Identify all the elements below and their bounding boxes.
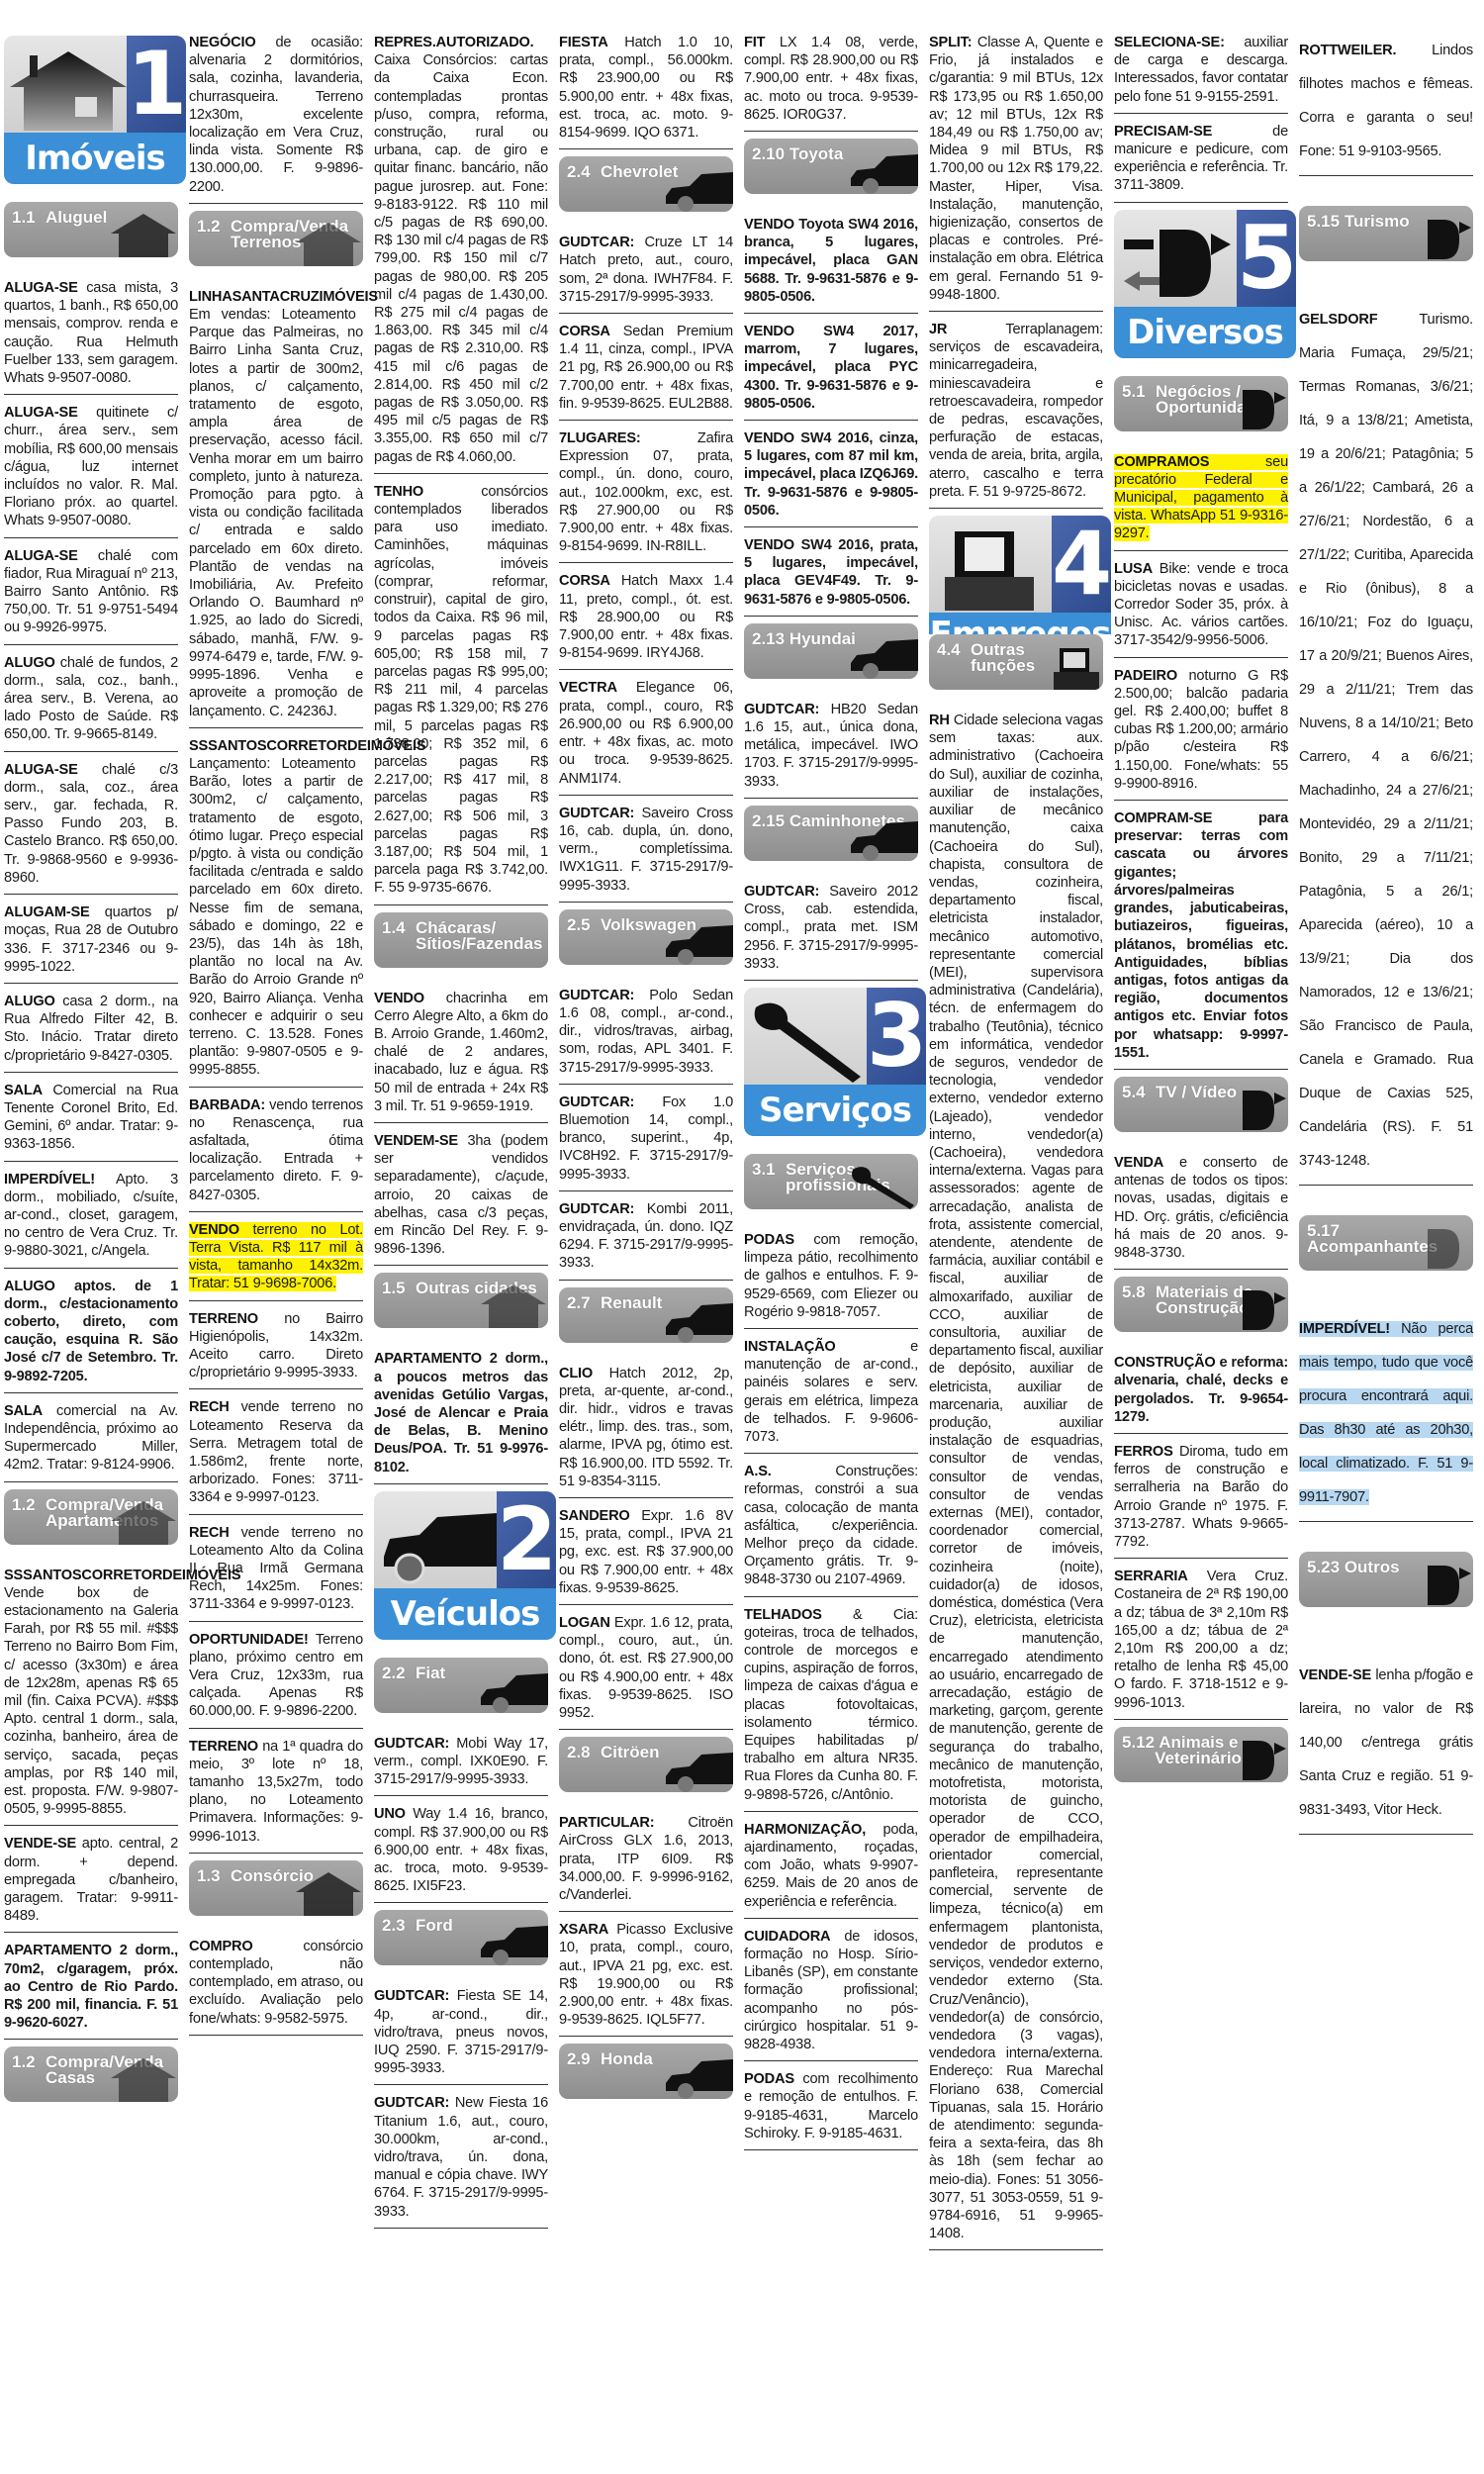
column-6: SPLIT: Classe A, Quente e Frio, já insta… [929,32,1103,2257]
classified-ad: ALUGO casa 2 dorm., na Rua Alfredo Filte… [4,991,178,1073]
classified-ad: COMPRO consórcio contemplado, não contem… [189,1936,363,2036]
kiosk-icon [1034,644,1103,690]
ad-keyword: ROTTWEILER. [1299,43,1396,58]
ad-text: Elegance 06, prata, compl., couro, R$ 26… [559,680,733,786]
classified-ad: NEGÓCIO de ocasião: alvenaria 2 dormitór… [189,32,363,204]
ad-keyword: GUDTCAR: [559,1201,634,1217]
category-imoveis: 1 Imóveis [4,36,186,184]
car-icon [479,1920,548,1965]
ad-keyword: VENDO [189,1222,239,1238]
car-icon [849,148,918,194]
classified-ad: APARTAMENTO 2 dorm., a poucos metros das… [374,1348,548,1483]
ad-keyword: SALA [4,1403,43,1419]
classified-ad: HARMONIZAÇÃO, poda, ajardinamento, roçad… [744,1819,918,1919]
ad-keyword: ALUGO [4,655,55,671]
section-number: 1.3 [197,1868,231,1884]
ad-keyword: APARTAMENTO [374,1351,482,1367]
ad-text: vende terreno no Loteamento Reserva da S… [189,1399,363,1505]
column-4: FIESTA Hatch 1.0 10, prata, compl., 56.0… [559,32,733,2119]
classified-ad: PODAS com remoção, limpeza pátio, recolh… [744,1229,918,1329]
section-number: 2.7 [567,1295,601,1311]
section-number: 2.13 [752,631,785,647]
ad-keyword: SELECIONA-SE: [1114,35,1225,50]
car-icon [849,633,918,679]
classified-ad: GUDTCAR: Polo Sedan 1.6 08, compl., ar-c… [559,985,733,1085]
arrows-d-icon [1219,1286,1288,1332]
ad-keyword: VENDE-SE [4,1836,76,1852]
classified-ad: VENDO Toyota SW4 2016, branca, 5 lugares… [744,214,918,314]
ad-keyword: SANDERO [559,1508,630,1524]
category-number: 5 [1237,210,1296,307]
classified-ad: COMPRAM-SE para preservar: terras com ca… [1114,808,1288,1070]
ad-text: Diroma, tudo em ferros de construção e s… [1114,1444,1288,1550]
ad-keyword: VENDEM-SE [374,1133,458,1149]
ad-text: 3ha (podem ser vendidos separadamente), … [374,1133,548,1257]
classified-ad: GUDTCAR: HB20 Sedan 1.6 15, aut., única … [744,699,918,799]
classified-ad: VENDO terreno no Lot. Terra Vista. R$ 11… [189,1219,363,1301]
ad-keyword: OPORTUNIDADE! [189,1632,309,1648]
ad-keyword: CORSA [559,324,610,339]
column-2: NEGÓCIO de ocasião: alvenaria 2 dormitór… [189,32,363,2043]
ad-keyword: GUDTCAR: [559,806,634,821]
ad-text: Turismo. Maria Fumaça, 29/5/21; Termas R… [1299,312,1473,1169]
classified-ad: FIT LX 1.4 08, verde, compl. R$ 28.900,0… [744,32,918,132]
section-header-turismo: 5.15 Turismo [1299,206,1473,261]
ad-keyword: VENDO [374,991,424,1006]
classified-ad: APARTAMENTO 2 dorm., 70m2, c/garagem, pr… [4,1940,178,2040]
ad-text: Hatch 1.0 10, prata, compl., 56.000km. R… [559,35,733,141]
ad-keyword: VENDO [744,537,794,553]
classified-ad: INSTALAÇÃO e manutenção de ar-cond., pai… [744,1336,918,1454]
ad-keyword: FIESTA [559,35,608,50]
ad-keyword: SPLIT: [929,35,972,50]
section-header-terrenos: 1.2Compra/VendaTerrenos [189,211,363,266]
classified-ad: IMPERDÍVEL! Apto. 3 dorm., mobiliado, c/… [4,1169,178,1269]
ad-keyword: TENHO [374,484,423,500]
ad-keyword: VENDA [1114,1155,1163,1171]
classified-ad: TERRENO no Bairro Higienópolis, 14x32m. … [189,1308,363,1390]
wrench-icon [849,1164,918,1209]
ad-text: 2 dorm., a poucos metros das avenidas Ge… [374,1351,548,1475]
arrows-d-icon [1120,220,1237,305]
classified-ad: VENDA e conserto de antenas de todos os … [1114,1152,1288,1270]
classified-ad: PADEIRO noturno G R$ 2.500,00; balcão pa… [1114,665,1288,801]
section-header-aluguel: 1.1Aluguel [4,202,178,257]
house-icon [294,221,363,266]
ad-text: Vera Cruz. Costaneira de 2ª R$ 190,00 a … [1114,1569,1288,1710]
car-icon [664,919,733,965]
classified-ad: CORSA Hatch Maxx 1.4 11, preto, compl., … [559,570,733,670]
section-header-casas: 1.2Compra/VendaCasas [4,2046,178,2102]
section-header-caminhonetes: 2.15 Caminhonetes [744,806,918,861]
classified-ad: RECH vende terreno no Loteamento Reserva… [189,1396,363,1514]
category-title: Empregos [929,613,1111,634]
ad-text: noturno G R$ 2.500,00; balcão padaria ge… [1114,668,1288,792]
ad-keyword: IMPERDÍVEL! [1299,1321,1390,1337]
classified-ad: RECH vende terreno no Loteamento Alto da… [189,1522,363,1622]
section-name: Honda [601,2051,653,2067]
ad-keyword: COMPRAM-SE [1114,810,1212,826]
kiosk-icon [935,525,1052,611]
classified-ad: TERRENO na 1ª quadra do meio, 3º lote nº… [189,1736,363,1854]
section-header-animais: 5.12 Animais e Veterinários [1114,1727,1288,1782]
car-icon [664,1297,733,1343]
column-3: REPRES.AUTORIZADO. Caixa Consórcios: car… [374,32,548,2236]
classified-ad: CORSA Sedan Premium 1.4 11, cinza, compl… [559,321,733,421]
section-number: 2.8 [567,1745,601,1760]
car-icon [664,2053,733,2099]
ad-keyword: LINHASANTACRUZIMÓVEIS [189,289,378,305]
ad-text: Expr. 1.6 12, prata, compl., couro, aut.… [559,1615,733,1721]
ad-keyword: CONSTRUÇÃO [1114,1355,1216,1371]
ad-keyword: GUDTCAR: [374,1988,449,2004]
house-icon [294,1870,363,1916]
ad-keyword: PARTICULAR: [559,1815,654,1831]
ad-text: & Cia: goteiras, troca de telhados, cont… [744,1607,918,1803]
arrows-d-icon [1404,1225,1473,1271]
car-icon [380,1501,497,1586]
category-empregos: 4 Empregos [929,516,1111,634]
section-number: 5.8 [1122,1285,1156,1300]
section-number: 2.9 [567,2051,601,2067]
classified-ad: ALUGA-SE casa mista, 3 quartos, 1 banh.,… [4,277,178,395]
classified-ad: SALA comercial na Av. Independência, pró… [4,1400,178,1482]
ad-text: Classe A, Quente e Frio, já instalados e… [929,35,1103,303]
section-subname: Terrenos [231,233,302,251]
ad-keyword: SALA [4,1083,43,1098]
ad-keyword: JR [929,322,947,337]
section-header-negocios: 5.1Negócios /Oportunidades [1114,376,1288,431]
classified-ad: OPORTUNIDADE! Terreno plano, próximo cen… [189,1629,363,1729]
classified-ad: GUDTCAR: New Fiesta 16 Titanium 1.6, aut… [374,2092,548,2228]
section-name: Outros [1345,1560,1400,1575]
house-icon [109,2056,178,2102]
ad-keyword: BARBADA: [189,1097,265,1113]
category-number: 4 [1052,516,1111,613]
section-number: 2.10 [752,146,785,162]
classified-ad: SANDERO Expr. 1.6 8V 15, prata, compl., … [559,1505,733,1605]
ad-keyword: ALUGA-SE [4,280,78,296]
section-number: 3.1 [752,1162,786,1178]
classified-ad: GUDTCAR: Mobi Way 17, verm., compl. IXK0… [374,1733,548,1797]
section-number: 2.4 [567,164,601,180]
section-header-servicos-profissionais: 3.1Serviçosprofissionais [744,1154,918,1209]
ad-keyword: GUDTCAR: [559,235,634,250]
ad-keyword: TELHADOS [744,1607,822,1623]
classified-ad: VECTRA Elegance 06, prata, compl., couro… [559,677,733,795]
classified-ad: FIESTA Hatch 1.0 10, prata, compl., 56.0… [559,32,733,149]
section-name: Turismo [1345,214,1410,230]
section-name: Renault [601,1295,662,1311]
ad-keyword: TERRENO [189,1311,258,1327]
ad-keyword: RH [929,713,950,728]
ad-keyword: SERRARIA [1114,1569,1188,1584]
ad-text: de ocasião: alvenaria 2 dormitórios, sal… [189,35,363,195]
classified-ad: PRECISAM-SE de manicure e pedicure, com … [1114,121,1288,203]
ad-text: New Fiesta 16 Titanium 1.6, aut., couro,… [374,2095,548,2219]
classified-ad: REPRES.AUTORIZADO. Caixa Consórcios: car… [374,32,548,474]
car-icon [849,815,918,861]
ad-keyword: FIT [744,35,765,50]
section-name: Toyota [789,146,843,162]
section-number: 2.5 [567,917,601,933]
classified-ad: ALUGA-SE quitinete c/ churr., área serv.… [4,402,178,537]
ad-text: Picasso Exclusive 10, prata, compl., cou… [559,1922,733,2028]
classified-ad: ALUGO chalé de fundos, 2 dorm., sala, co… [4,652,178,752]
section-number: 1.2 [12,2054,46,2070]
ad-keyword: GUDTCAR: [744,884,819,900]
house-icon [109,1499,178,1545]
house-icon [479,1283,548,1328]
ad-keyword: XSARA [559,1922,608,1938]
ad-keyword: COMPRAMOS [1114,454,1209,470]
section-name: Fiat [416,1665,445,1681]
classified-ad: VENDE-SE lenha p/fogão e lareira, no val… [1299,1657,1473,1835]
ad-keyword: VECTRA [559,680,617,696]
classified-ad: VENDE-SE apto. central, 2 dorm. + depend… [4,1833,178,1933]
ad-keyword: CUIDADORA [744,1929,830,1945]
ad-keyword: FERROS [1114,1444,1173,1460]
ad-keyword: VENDO [744,217,794,233]
category-number: 1 [127,36,186,133]
classified-ad: UNO Way 1.4 16, branco, compl. R$ 37.900… [374,1803,548,1903]
ad-keyword: UNO [374,1806,406,1822]
classified-ad: SPLIT: Classe A, Quente e Frio, já insta… [929,32,1103,312]
section-header-volkswagen: 2.5Volkswagen [559,909,733,965]
category-number: 3 [867,988,926,1085]
ad-keyword: RECH [189,1399,230,1415]
category-title: Serviços [744,1085,926,1136]
section-header-outros: 5.23 Outros [1299,1552,1473,1607]
column-8: ROTTWEILER. Lindos filhotes machos e fêm… [1299,32,1473,1842]
ad-keyword: REPRES.AUTORIZADO. [374,35,534,50]
ad-keyword: PODAS [744,2071,794,2087]
classified-ad: CUIDADORA de idosos, formação no Hosp. S… [744,1926,918,2061]
classified-ad: IMPERDÍVEL! Não perca mais tempo, tudo q… [1299,1310,1473,1522]
ad-keyword: GUDTCAR: [559,988,634,1003]
category-veiculos: 2 Veículos [374,1491,556,1640]
ad-keyword: RECH [189,1525,230,1541]
classified-ad: GUDTCAR: Fiesta SE 14, 4p, ar-cond., dir… [374,1985,548,2085]
section-subname: funções [971,656,1035,675]
section-header-tv-video: 5.4TV / Vídeo [1114,1077,1288,1132]
classified-ad: SALA Comercial na Rua Tenente Coronel Br… [4,1080,178,1162]
classified-ad: ALUGA-SE chalé com fiador, Rua Miraguaí … [4,545,178,645]
ad-text: Caixa Consórcios: cartas da Caixa Econ. … [374,52,548,464]
category-title: Diversos [1114,307,1296,358]
section-header-citroen: 2.8Citröen [559,1737,733,1792]
section-header-apartamentos: 1.2Compra/VendaApartamentos [4,1489,178,1545]
section-number: 1.1 [12,210,46,226]
classified-ad: SELECIONA-SE: auxiliar de carga e descar… [1114,32,1288,114]
ad-keyword: ALUGO [4,1279,55,1294]
classified-ad: VENDEM-SE 3ha (podem ser vendidos separa… [374,1130,548,1266]
ad-text: Vende box de estacionamento na Galeria F… [4,1585,178,1817]
ad-keyword: ALUGA-SE [4,762,78,778]
car-icon [664,1747,733,1792]
section-header-hyundai: 2.13 Hyundai [744,623,918,679]
arrows-d-icon [1404,1562,1473,1607]
section-number: 2.15 [752,813,785,829]
classified-ad: GELSDORF Turismo. Maria Fumaça, 29/5/21;… [1299,301,1473,1186]
ad-text: quitinete c/ churr., área serv., sem mob… [4,405,178,528]
ad-text: de idosos, formação no Hosp. Sírio-Liban… [744,1929,918,2052]
ad-keyword: VENDO [744,324,794,339]
ad-text: lenha p/fogão e lareira, no valor de R$ … [1299,1667,1473,1818]
ad-text: LX 1.4 08, verde, compl. R$ 28.900,00 ou… [744,35,918,123]
classified-ad: PODAS com recolhimento e remoção de entu… [744,2068,918,2150]
classified-ad: FERROS Diroma, tudo em ferros de constru… [1114,1441,1288,1559]
section-header-ford: 2.3Ford [374,1910,548,1965]
category-number: 2 [497,1491,556,1588]
section-header-outras-funcoes: 4.4Outrasfunções [929,634,1103,690]
classified-ad: PARTICULAR: Citroën AirCross GLX 1.6, 20… [559,1812,733,1912]
classified-ad: LINHASANTACRUZIMÓVEIS Em vendas: Loteame… [189,286,363,728]
section-number: 1.4 [382,920,416,936]
classified-ad: ROTTWEILER. Lindos filhotes machos e fêm… [1299,32,1473,176]
classified-ad: SERRARIA Vera Cruz. Costaneira de 2ª R$ … [1114,1566,1288,1720]
classified-ad: GUDTCAR: Saveiro 2012 Cross, cab. estend… [744,881,918,981]
ad-keyword: LOGAN [559,1615,610,1631]
arrows-d-icon [1219,386,1288,431]
ad-text: Zafira Expression 07, prata, compl., ún.… [559,430,733,554]
ad-keyword: APARTAMENTO [4,1943,112,1958]
ad-text: Em vendas: Loteamento Parque das Palmeir… [189,307,363,718]
section-header-toyota: 2.10 Toyota [744,139,918,194]
classified-ad: BARBADA: vendo terrenos no Renascença, r… [189,1094,363,1212]
section-header-fiat: 2.2Fiat [374,1658,548,1713]
column-5: FIT LX 1.4 08, verde, compl. R$ 28.900,0… [744,32,918,2157]
arrows-d-icon [1219,1087,1288,1132]
section-number: 5.15 [1307,214,1340,230]
category-servicos: 3 Serviços [744,988,926,1136]
ad-keyword: VENDE-SE [1299,1667,1371,1683]
ad-keyword: INSTALAÇÃO [744,1339,836,1355]
ad-keyword: GUDTCAR: [744,702,819,717]
category-title: Veículos [374,1588,556,1640]
ad-text: casa mista, 3 quartos, 1 banh., R$ 650,0… [4,280,178,386]
house-icon [10,46,127,131]
ad-text: Lindos filhotes machos e fêmeas. Corra e… [1299,43,1473,159]
ad-keyword: A.S. [744,1464,772,1479]
classified-ad: ALUGO aptos. de 1 dorm., c/estacionament… [4,1276,178,1393]
ad-text: para preservar: terras com cascata ou ár… [1114,810,1288,1061]
classifieds-page: 1 Imóveis 1.1Aluguel ALUGA-SE casa mista… [0,32,1484,2474]
ad-text: Terraplanagem: serviços de escavadeira, … [929,322,1103,500]
section-header-outras-cidades: 1.5Outras cidades [374,1273,548,1328]
ad-keyword: PRECISAM-SE [1114,124,1212,140]
house-icon [109,212,178,257]
section-name: Citröen [601,1745,660,1760]
classified-ad: VENDO chacrinha em Cerro Alegre Alto, a … [374,988,548,1123]
section-number: 5.4 [1122,1085,1156,1100]
section-name: Hyundai [789,631,856,647]
ad-text: Não perca mais tempo, tudo que você proc… [1299,1321,1473,1505]
classified-ad: VENDO SW4 2016, cinza, 5 lugares, com 87… [744,428,918,527]
car-icon [664,166,733,212]
wrench-icon [750,998,867,1083]
section-header-renault: 2.7Renault [559,1287,733,1343]
ad-keyword: GUDTCAR: [559,1094,634,1110]
classified-ad: TELHADOS & Cia: goteiras, troca de telha… [744,1604,918,1812]
section-number: 2.3 [382,1918,416,1934]
classified-ad: LOGAN Expr. 1.6 12, prata, compl., couro… [559,1612,733,1730]
classified-ad: ALUGAM-SE quartos p/ moças, Rua 28 de Ou… [4,902,178,984]
ad-text: consórcios contemplados liberados para u… [374,484,548,896]
ad-keyword: 7LUGARES: [559,430,641,446]
section-number: 5.1 [1122,384,1156,400]
classified-ad: TENHO consórcios contemplados liberados … [374,481,548,905]
ad-keyword: IMPERDÍVEL! [4,1172,95,1188]
ad-keyword: VENDO [744,430,794,446]
ad-keyword: ALUGAM-SE [4,904,90,920]
ad-keyword: NEGÓCIO [189,35,256,50]
classified-ad: XSARA Picasso Exclusive 10, prata, compl… [559,1919,733,2037]
category-diversos: 5 Diversos [1114,210,1296,358]
section-number: 5.12 [1122,1733,1155,1752]
classified-ad: 7LUGARES: Zafira Expression 07, prata, c… [559,428,733,563]
section-header-materiais: 5.8Materiais deConstrução [1114,1277,1288,1332]
classified-ad: CLIO Hatch 2012, 2p, preta, ar-quente, a… [559,1363,733,1498]
ad-keyword: TERRENO [189,1739,258,1755]
arrows-d-icon [1404,216,1473,261]
ad-text: chacrinha em Cerro Alegre Alto, a 6km do… [374,991,548,1114]
classified-ad: SSSANTOSCORRETORDEIMÓVEIS Vende box de e… [4,1565,178,1827]
classified-ad: VENDO SW4 2017, marrom, 7 lugares, impec… [744,321,918,421]
section-header-honda: 2.9Honda [559,2044,733,2099]
ad-text: Lançamento: Loteamento Barão, lotes a pa… [189,756,363,1078]
ad-keyword: PODAS [744,1232,794,1248]
ad-keyword: ALUGO [4,994,55,1009]
section-header-acompanhantes: 5.17 Acompanhantes [1299,1215,1473,1271]
classified-ad: RH Cidade seleciona vagas sem taxas: aux… [929,710,1103,2250]
classified-ad: JR Terraplanagem: serviços de escavadeir… [929,319,1103,509]
ad-keyword: PADEIRO [1114,668,1177,684]
section-subname: Sítios/Fazendas [416,934,542,953]
section-header-chacaras: 1.4Chácaras/Sítios/Fazendas [374,912,548,968]
section-number: 1.2 [12,1497,46,1513]
section-number: 4.4 [937,642,971,658]
ad-keyword: COMPRO [189,1939,252,1954]
section-header-consorcio: 1.3Consórcio [189,1860,363,1916]
section-subname: Casas [46,2068,95,2087]
ad-keyword: GUDTCAR: [374,2095,449,2111]
section-number: 1.2 [197,219,231,235]
classified-ad: GUDTCAR: Cruze LT 14 Hatch preto, aut., … [559,232,733,314]
section-name: Aluguel [46,210,107,226]
category-title: Imóveis [4,133,186,184]
ad-keyword: GUDTCAR: [374,1736,449,1752]
ad-text: Construções: reformas, constrói a sua ca… [744,1464,918,1587]
ad-text: Hatch 2012, 2p, preta, ar-quente, ar-con… [559,1366,733,1489]
classified-ad: VENDO SW4 2016, prata, 5 lugares, impecá… [744,534,918,617]
ad-text: chalé c/3 dorm., sala, coz., área serv.,… [4,762,178,886]
column-7: SELECIONA-SE: auxiliar de carga e descar… [1114,32,1288,1802]
classified-ad: GUDTCAR: Saveiro Cross 16, cab. dupla, ú… [559,803,733,903]
section-header-chevrolet: 2.4Chevrolet [559,156,733,212]
ad-keyword: CLIO [559,1366,593,1381]
ad-keyword: CORSA [559,573,610,589]
section-name: Ford [416,1918,453,1934]
classified-ad: COMPRAMOS seu precatório Federal e Munic… [1114,451,1288,551]
ad-keyword: HARMONIZAÇÃO, [744,1822,866,1838]
ad-keyword: GELSDORF [1299,312,1377,328]
section-number: 1.5 [382,1281,416,1296]
section-number: 5.23 [1307,1560,1340,1575]
classified-ad: CONSTRUÇÃO e reforma: alvenaria, chalé, … [1114,1352,1288,1434]
classified-ad: ALUGA-SE chalé c/3 dorm., sala, coz., ár… [4,759,178,895]
ad-text: Cidade seleciona vagas sem taxas: aux. a… [929,713,1103,2241]
